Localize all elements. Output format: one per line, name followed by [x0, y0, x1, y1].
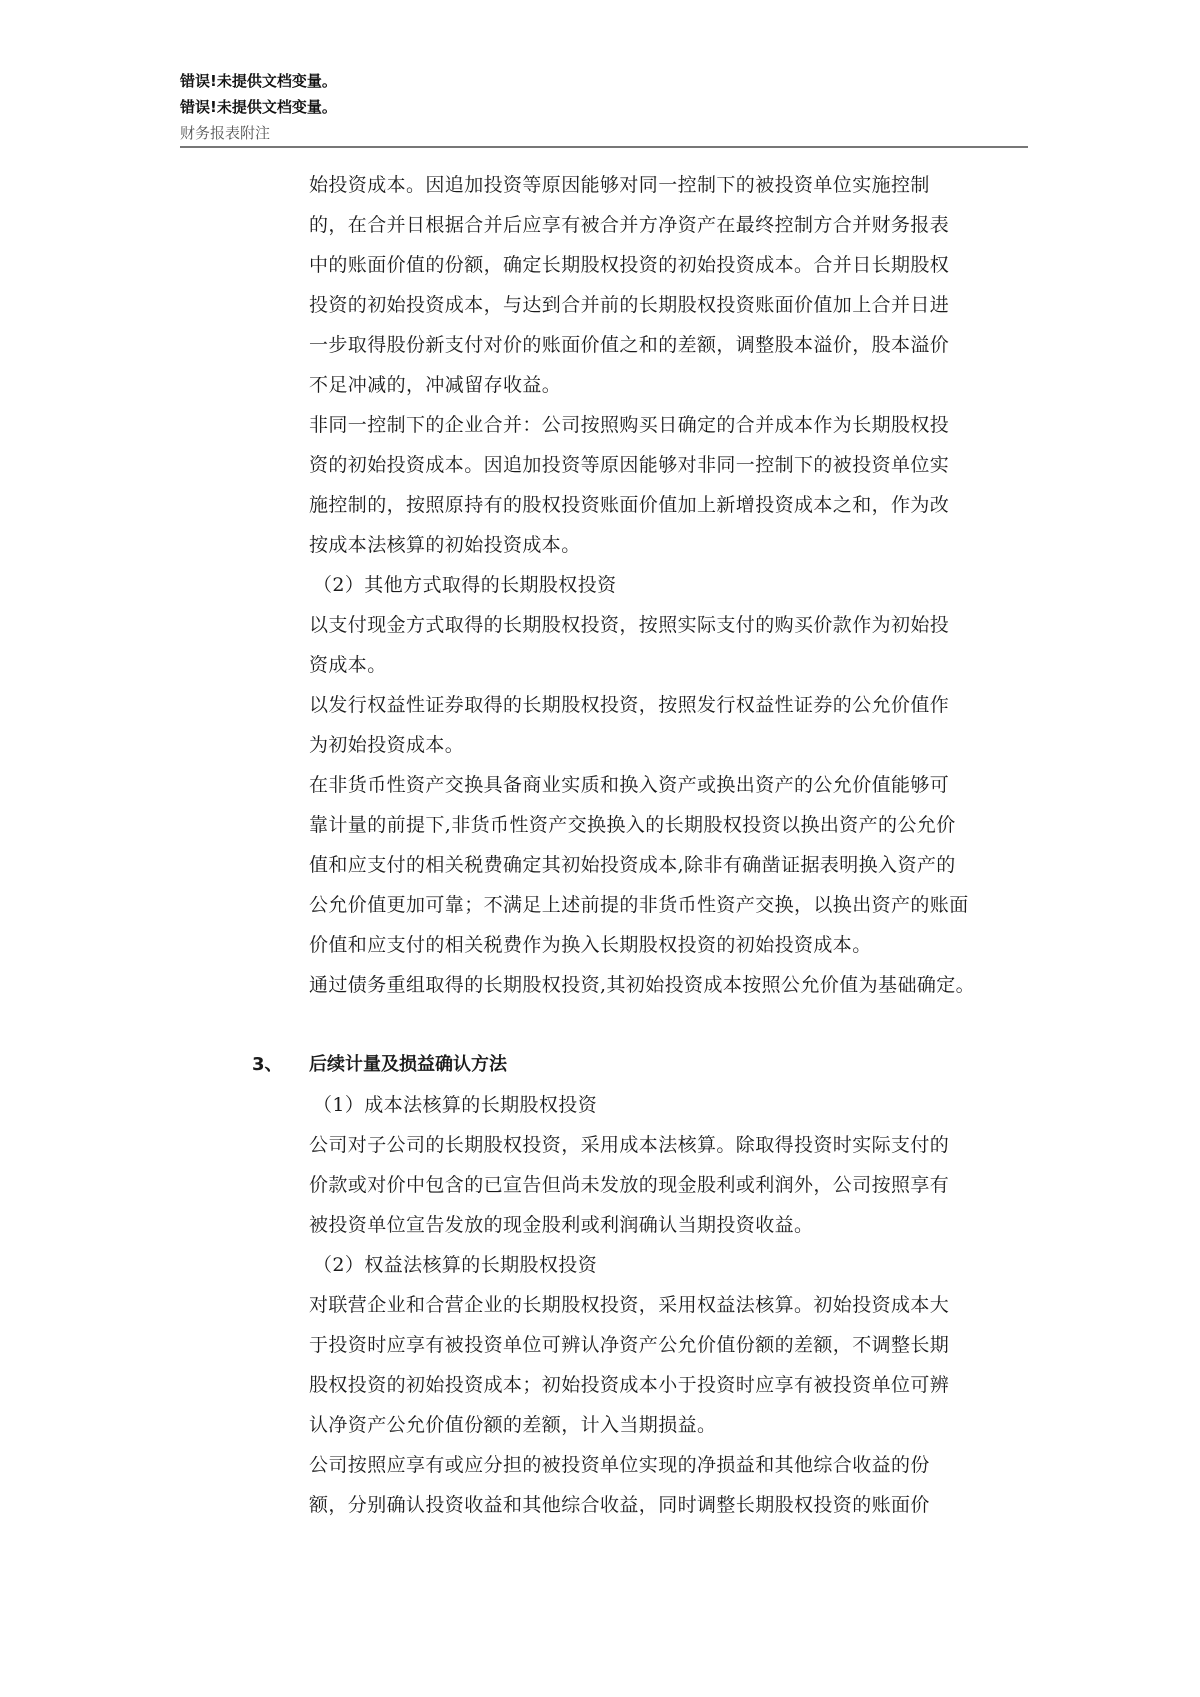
paragraph-line: 认净资产公允价值份额的差额，计入当期损益。: [309, 1405, 1029, 1445]
paragraph-line: 对联营企业和合营企业的长期股权投资，采用权益法核算。初始投资成本大: [309, 1285, 1029, 1325]
header-error-line-1: 错误!未提供文档变量。: [180, 68, 1028, 94]
paragraph-line: 按成本法核算的初始投资成本。: [309, 525, 1029, 565]
paragraph-line: 以发行权益性证券取得的长期股权投资，按照发行权益性证券的公允价值作: [309, 685, 1029, 725]
paragraph-line: 值和应支付的相关税费确定其初始投资成本,除非有确凿证据表明换入资产的: [309, 845, 1029, 885]
paragraph-line: 公允价值更加可靠；不满足上述前提的非货币性资产交换，以换出资产的账面: [309, 885, 1029, 925]
paragraph-line: 一步取得股份新支付对价的账面价值之和的差额，调整股本溢价，股本溢价: [309, 325, 1029, 365]
paragraph-line: 价值和应支付的相关税费作为换入长期股权投资的初始投资成本。: [309, 925, 1029, 965]
header-subtitle: 财务报表附注: [180, 120, 1028, 146]
subheading-cost-method: （1）成本法核算的长期股权投资: [313, 1085, 1029, 1125]
header-error-line-2: 错误!未提供文档变量。: [180, 94, 1028, 120]
header-divider: [180, 146, 1028, 148]
paragraph-line: 资的初始投资成本。因追加投资等原因能够对非同一控制下的被投资单位实: [309, 445, 1029, 485]
page-header: 错误!未提供文档变量。 错误!未提供文档变量。 财务报表附注: [180, 68, 1028, 146]
subheading-other-acquisition: （2）其他方式取得的长期股权投资: [313, 565, 1029, 605]
paragraph-line: 不足冲减的，冲减留存收益。: [309, 365, 1029, 405]
paragraph-line: 公司对子公司的长期股权投资，采用成本法核算。除取得投资时实际支付的: [309, 1125, 1029, 1165]
paragraph-line: 为初始投资成本。: [309, 725, 1029, 765]
paragraph-line: 投资的初始投资成本，与达到合并前的长期股权投资账面价值加上合并日进: [309, 285, 1029, 325]
paragraph-line: 资成本。: [309, 645, 1029, 685]
subheading-equity-method: （2）权益法核算的长期股权投资: [313, 1245, 1029, 1285]
document-body: 始投资成本。因追加投资等原因能够对同一控制下的被投资单位实施控制 的，在合并日根…: [309, 165, 1029, 1525]
section-3-heading: 3、 后续计量及损益确认方法: [309, 1045, 1029, 1085]
paragraph-line: 始投资成本。因追加投资等原因能够对同一控制下的被投资单位实施控制: [309, 165, 1029, 205]
paragraph-line: 价款或对价中包含的已宣告但尚未发放的现金股利或利润外，公司按照享有: [309, 1165, 1029, 1205]
paragraph-line: 于投资时应享有被投资单位可辨认净资产公允价值份额的差额，不调整长期: [309, 1325, 1029, 1365]
paragraph-line: 通过债务重组取得的长期股权投资,其初始投资成本按照公允价值为基础确定。: [309, 965, 1029, 1005]
paragraph-line: 非同一控制下的企业合并：公司按照购买日确定的合并成本作为长期股权投: [309, 405, 1029, 445]
paragraph-line: 额，分别确认投资收益和其他综合收益，同时调整长期股权投资的账面价: [309, 1485, 1029, 1525]
paragraph-line: 在非货币性资产交换具备商业实质和换入资产或换出资产的公允价值能够可: [309, 765, 1029, 805]
paragraph-line: 中的账面价值的份额，确定长期股权投资的初始投资成本。合并日长期股权: [309, 245, 1029, 285]
paragraph-line: 被投资单位宣告发放的现金股利或利润确认当期投资收益。: [309, 1205, 1029, 1245]
paragraph-line: 的，在合并日根据合并后应享有被合并方净资产在最终控制方合并财务报表: [309, 205, 1029, 245]
paragraph-line: 股权投资的初始投资成本；初始投资成本小于投资时应享有被投资单位可辨: [309, 1365, 1029, 1405]
paragraph-line: 以支付现金方式取得的长期股权投资，按照实际支付的购买价款作为初始投: [309, 605, 1029, 645]
paragraph-line: 施控制的，按照原持有的股权投资账面价值加上新增投资成本之和，作为改: [309, 485, 1029, 525]
section-title: 后续计量及损益确认方法: [309, 1045, 507, 1085]
section-spacer: [309, 1005, 1029, 1045]
paragraph-line: 靠计量的前提下,非货币性资产交换换入的长期股权投资以换出资产的公允价: [309, 805, 1029, 845]
section-number: 3、: [252, 1045, 283, 1085]
paragraph-line: 公司按照应享有或应分担的被投资单位实现的净损益和其他综合收益的份: [309, 1445, 1029, 1485]
